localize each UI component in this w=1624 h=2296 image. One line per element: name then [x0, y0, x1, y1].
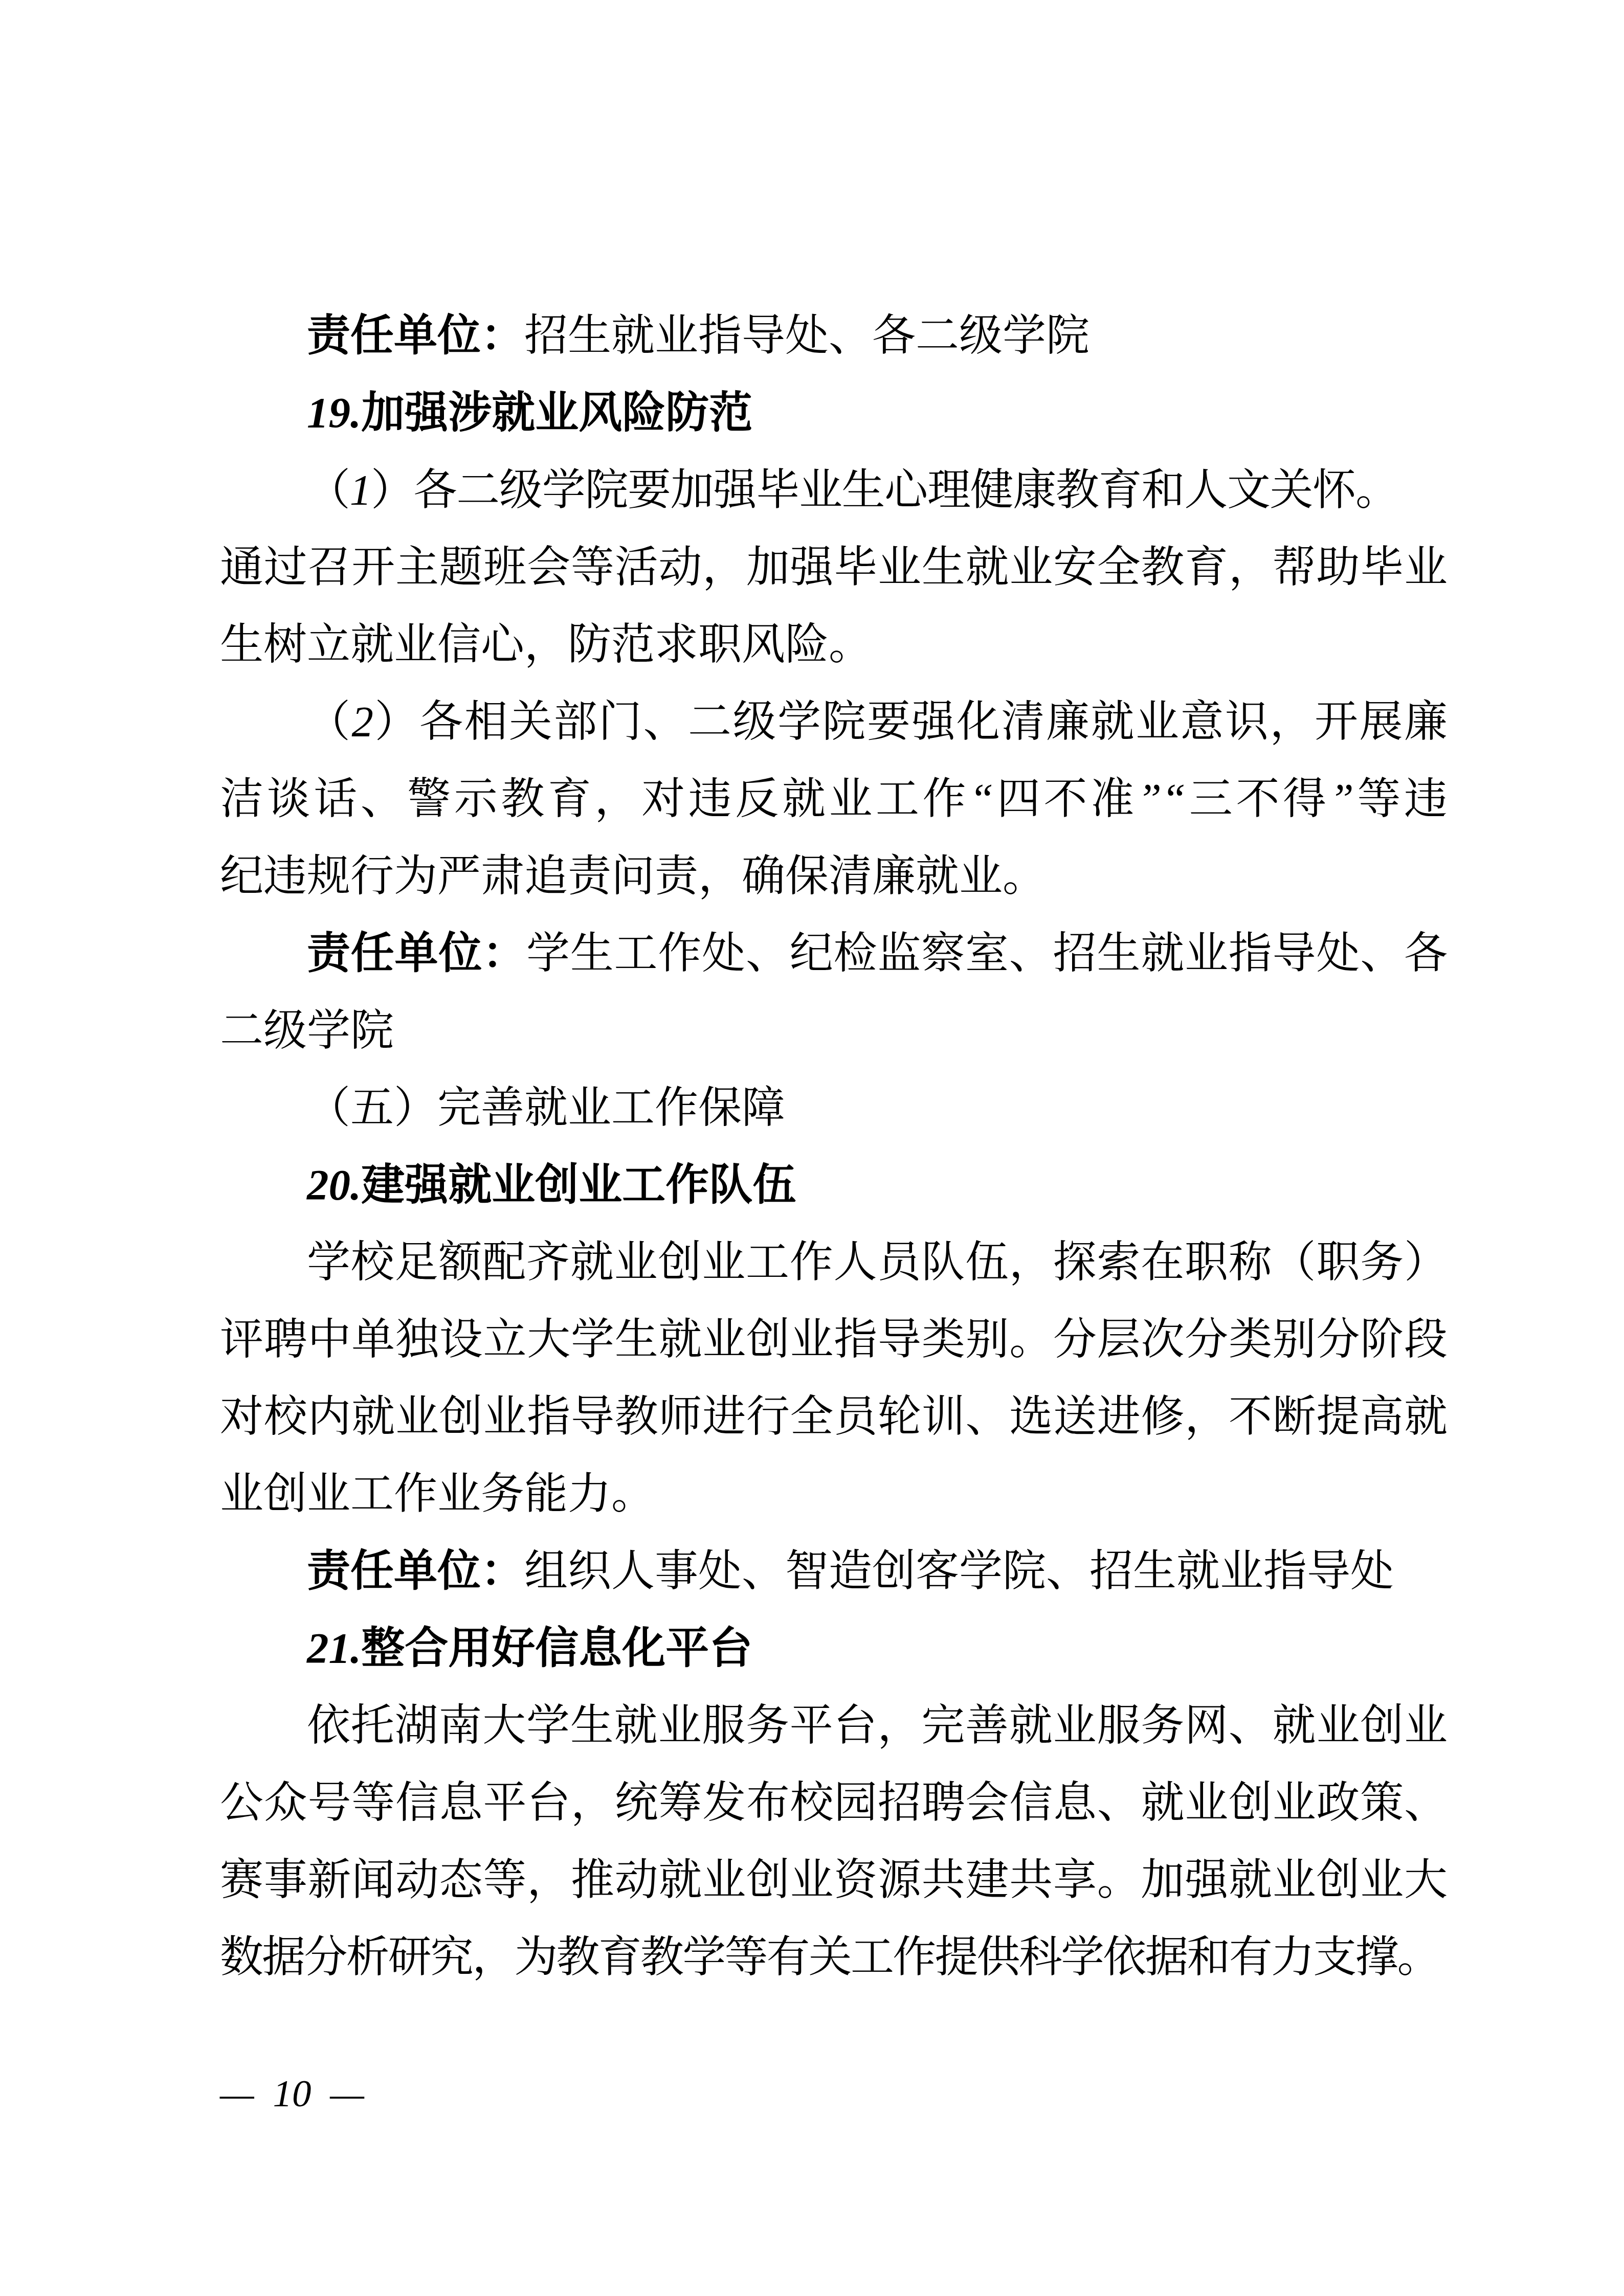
responsible-unit-value: 组织人事处、智造创客学院、招生就业指导处 — [524, 1547, 1394, 1595]
body-text: 业创业工作业务能力。 — [220, 1470, 655, 1518]
section-heading-21-text: 21.整合用好信息化平台 — [307, 1625, 752, 1673]
document-page: 责任单位：招生就业指导处、各二级学院 19.加强涉就业风险防范 （1）各二级学院… — [0, 0, 1624, 2296]
body-text: 对校内就业创业指导教师进行全员轮训、选送进修，不断提高就 — [220, 1393, 1448, 1441]
body-text: 生树立就业信心，防范求职风险。 — [220, 621, 872, 669]
paragraph-line: 纪违规行为严肃追责问责，确保清廉就业。 — [220, 838, 1448, 915]
subsection-heading-5: （五）完善就业工作保障 — [220, 1070, 1448, 1147]
paragraph-line: 学校足额配齐就业创业工作人员队伍，探索在职称（职务） — [220, 1224, 1448, 1301]
paragraph-line: 对校内就业创业指导教师进行全员轮训、选送进修，不断提高就 — [220, 1379, 1448, 1456]
section-heading-20: 20.建强就业创业工作队伍 — [220, 1147, 1448, 1224]
body-text: （2）各相关部门、二级学院要强化清廉就业意识，开展廉 — [307, 698, 1448, 746]
responsible-unit-continuation: 二级学院 — [220, 993, 1448, 1070]
paragraph-line: （1）各二级学院要加强毕业生心理健康教育和人文关怀。 — [220, 452, 1448, 529]
paragraph-line: （2）各相关部门、二级学院要强化清廉就业意识，开展廉 — [220, 684, 1448, 761]
responsible-unit-line: 责任单位：学生工作处、纪检监察室、招生就业指导处、各 — [220, 915, 1448, 993]
paragraph-line: 依托湖南大学生就业服务平台，完善就业服务网、就业创业 — [220, 1687, 1448, 1765]
responsible-unit-value: 二级学院 — [220, 1007, 394, 1055]
paragraph-line: 数据分析研究，为教育教学等有关工作提供科学依据和有力支撑。 — [220, 1919, 1448, 1996]
body-text: 赛事新闻动态等，推动就业创业资源共建共享。加强就业创业大 — [220, 1856, 1448, 1904]
subsection-heading-5-text: （五）完善就业工作保障 — [307, 1084, 785, 1132]
body-text: 通过召开主题班会等活动，加强毕业生就业安全教育，帮助毕业 — [220, 544, 1448, 592]
body-text: 纪违规行为严肃追责问责，确保清廉就业。 — [220, 852, 1046, 901]
paragraph-line: 生树立就业信心，防范求职风险。 — [220, 606, 1448, 684]
document-body: 责任单位：招生就业指导处、各二级学院 19.加强涉就业风险防范 （1）各二级学院… — [220, 298, 1448, 1996]
body-text: 学校足额配齐就业创业工作人员队伍，探索在职称（职务） — [307, 1239, 1448, 1287]
body-text: 依托湖南大学生就业服务平台，完善就业服务网、就业创业 — [307, 1702, 1448, 1750]
section-heading-20-text: 20.建强就业创业工作队伍 — [307, 1161, 796, 1209]
responsible-unit-line: 责任单位：组织人事处、智造创客学院、招生就业指导处 — [220, 1533, 1448, 1610]
paragraph-line: 评聘中单独设立大学生就业创业指导类别。分层次分类别分阶段 — [220, 1301, 1448, 1379]
body-text: 数据分析研究，为教育教学等有关工作提供科学依据和有力支撑。 — [220, 1933, 1439, 1982]
responsible-unit-label: 责任单位： — [307, 930, 526, 978]
body-text: 公众号等信息平台，统筹发布校园招聘会信息、就业创业政策、 — [220, 1779, 1448, 1827]
responsible-unit-label: 责任单位： — [307, 1547, 524, 1595]
responsible-unit-line: 责任单位：招生就业指导处、各二级学院 — [220, 298, 1448, 375]
section-heading-21: 21.整合用好信息化平台 — [220, 1610, 1448, 1687]
section-heading-19: 19.加强涉就业风险防范 — [220, 375, 1448, 452]
page-number-text: — 10 — — [220, 2073, 364, 2115]
body-text: （1）各二级学院要加强毕业生心理健康教育和人文关怀。 — [307, 466, 1398, 514]
responsible-unit-value: 学生工作处、纪检监察室、招生就业指导处、各 — [526, 930, 1448, 978]
paragraph-line: 洁谈话、警示教育，对违反就业工作“四不准”“三不得”等违 — [220, 761, 1448, 838]
responsible-unit-label: 责任单位： — [307, 312, 524, 360]
responsible-unit-value: 招生就业指导处、各二级学院 — [524, 312, 1089, 360]
body-text: 洁谈话、警示教育，对违反就业工作“四不准”“三不得”等违 — [220, 775, 1448, 823]
page-number: — 10 — — [220, 2066, 364, 2122]
section-heading-19-text: 19.加强涉就业风险防范 — [307, 389, 752, 437]
paragraph-line: 业创业工作业务能力。 — [220, 1456, 1448, 1533]
paragraph-line: 通过召开主题班会等活动，加强毕业生就业安全教育，帮助毕业 — [220, 529, 1448, 606]
paragraph-line: 赛事新闻动态等，推动就业创业资源共建共享。加强就业创业大 — [220, 1842, 1448, 1919]
body-text: 评聘中单独设立大学生就业创业指导类别。分层次分类别分阶段 — [220, 1316, 1448, 1364]
paragraph-line: 公众号等信息平台，统筹发布校园招聘会信息、就业创业政策、 — [220, 1765, 1448, 1842]
